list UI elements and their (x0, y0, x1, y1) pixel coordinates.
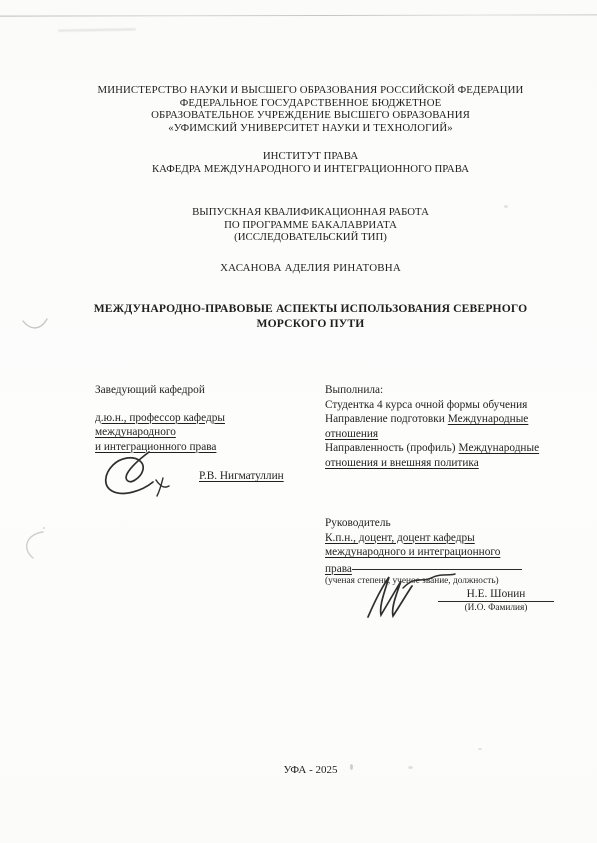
thesis-title-line: МОРСКОГО ПУТИ (24, 316, 597, 331)
work-type-block: ВЫПУСКНАЯ КВАЛИФИКАЦИОННАЯ РАБОТА ПО ПРО… (24, 206, 597, 244)
author-name: ХАСАНОВА АДЕЛИЯ РИНАТОВНА (24, 262, 597, 275)
scan-line-artifact (0, 14, 597, 16)
ministry-line: ФЕДЕРАЛЬНОЕ ГОСУДАРСТВЕННОЕ БЮДЖЕТНОЕ (24, 97, 597, 110)
profile-label: Направленность (профиль) (325, 442, 456, 454)
student-label: Выполнила: (325, 383, 583, 398)
student-study-line: Студентка 4 курса очной формы обучения (325, 398, 583, 413)
work-type-line: ПО ПРОГРАММЕ БАКАЛАВРИАТА (24, 219, 597, 232)
degree-line: д.ю.н., профессор кафедры (95, 411, 320, 426)
head-of-department-label: Заведующий кафедрой (95, 383, 320, 398)
scan-smudge-artifact (58, 28, 136, 31)
signature-head-of-department (100, 444, 180, 502)
supervisor-name-hint: (И.О. Фамилия) (438, 603, 554, 614)
scanned-title-page: МИНИСТЕРСТВО НАУКИ И ВЫСШЕГО ОБРАЗОВАНИЯ… (0, 0, 597, 843)
degree-line: международного (95, 425, 320, 440)
student-direction-line: Направление подготовкиМеждународные (325, 412, 583, 427)
thesis-title-line: МЕЖДУНАРОДНО-ПРАВОВЫЕ АСПЕКТЫ ИСПОЛЬЗОВА… (24, 301, 597, 316)
department-name: КАФЕДРА МЕЖДУНАРОДНОГО И ИНТЕГРАЦИОННОГО… (24, 163, 597, 176)
margin-mark-artifact-2 (13, 524, 51, 566)
profile-value: Международные (459, 442, 540, 454)
supervisor-position-word: права (325, 562, 352, 577)
institute-name: ИНСТИТУТ ПРАВА (24, 150, 597, 163)
direction-value-cont: отношения (325, 427, 583, 442)
blank-underline (352, 558, 522, 570)
supervisor-name-block: Н.Е. Шонин (И.О. Фамилия) (438, 588, 554, 614)
student-block: Выполнила: Студентка 4 курса очной формы… (325, 383, 583, 470)
supervisor-label: Руководитель (325, 516, 583, 531)
ministry-line: ОБРАЗОВАТЕЛЬНОЕ УЧРЕЖДЕНИЕ ВЫСШЕГО ОБРАЗ… (24, 109, 597, 122)
scan-speck (478, 748, 482, 750)
profile-value-cont: отношения и внешняя политика (325, 456, 583, 471)
direction-label: Направление подготовки (325, 413, 445, 425)
university-name: «УФИМСКИЙ УНИВЕРСИТЕТ НАУКИ И ТЕХНОЛОГИЙ… (24, 122, 597, 135)
institute-block: ИНСТИТУТ ПРАВА КАФЕДРА МЕЖДУНАРОДНОГО И … (24, 150, 597, 175)
ministry-header: МИНИСТЕРСТВО НАУКИ И ВЫСШЕГО ОБРАЗОВАНИЯ… (24, 84, 597, 135)
supervisor-position-line: К.п.н., доцент, доцент кафедры (325, 531, 583, 546)
city-year: УФА - 2025 (24, 764, 597, 776)
student-profile-line: Направленность (профиль)Международные (325, 441, 583, 456)
work-type-line: (ИССЛЕДОВАТЕЛЬСКИЙ ТИП) (24, 231, 597, 244)
signature-ink (100, 444, 180, 502)
work-type-line: ВЫПУСКНАЯ КВАЛИФИКАЦИОННАЯ РАБОТА (24, 206, 597, 219)
supervisor-name: Н.Е. Шонин (438, 588, 554, 602)
ministry-line: МИНИСТЕРСТВО НАУКИ И ВЫСШЕГО ОБРАЗОВАНИЯ… (24, 84, 597, 97)
direction-value: Международные (448, 413, 529, 425)
thesis-title: МЕЖДУНАРОДНО-ПРАВОВЫЕ АСПЕКТЫ ИСПОЛЬЗОВА… (24, 301, 597, 332)
head-of-department-name: Р.В. Нигматуллин (199, 470, 284, 482)
